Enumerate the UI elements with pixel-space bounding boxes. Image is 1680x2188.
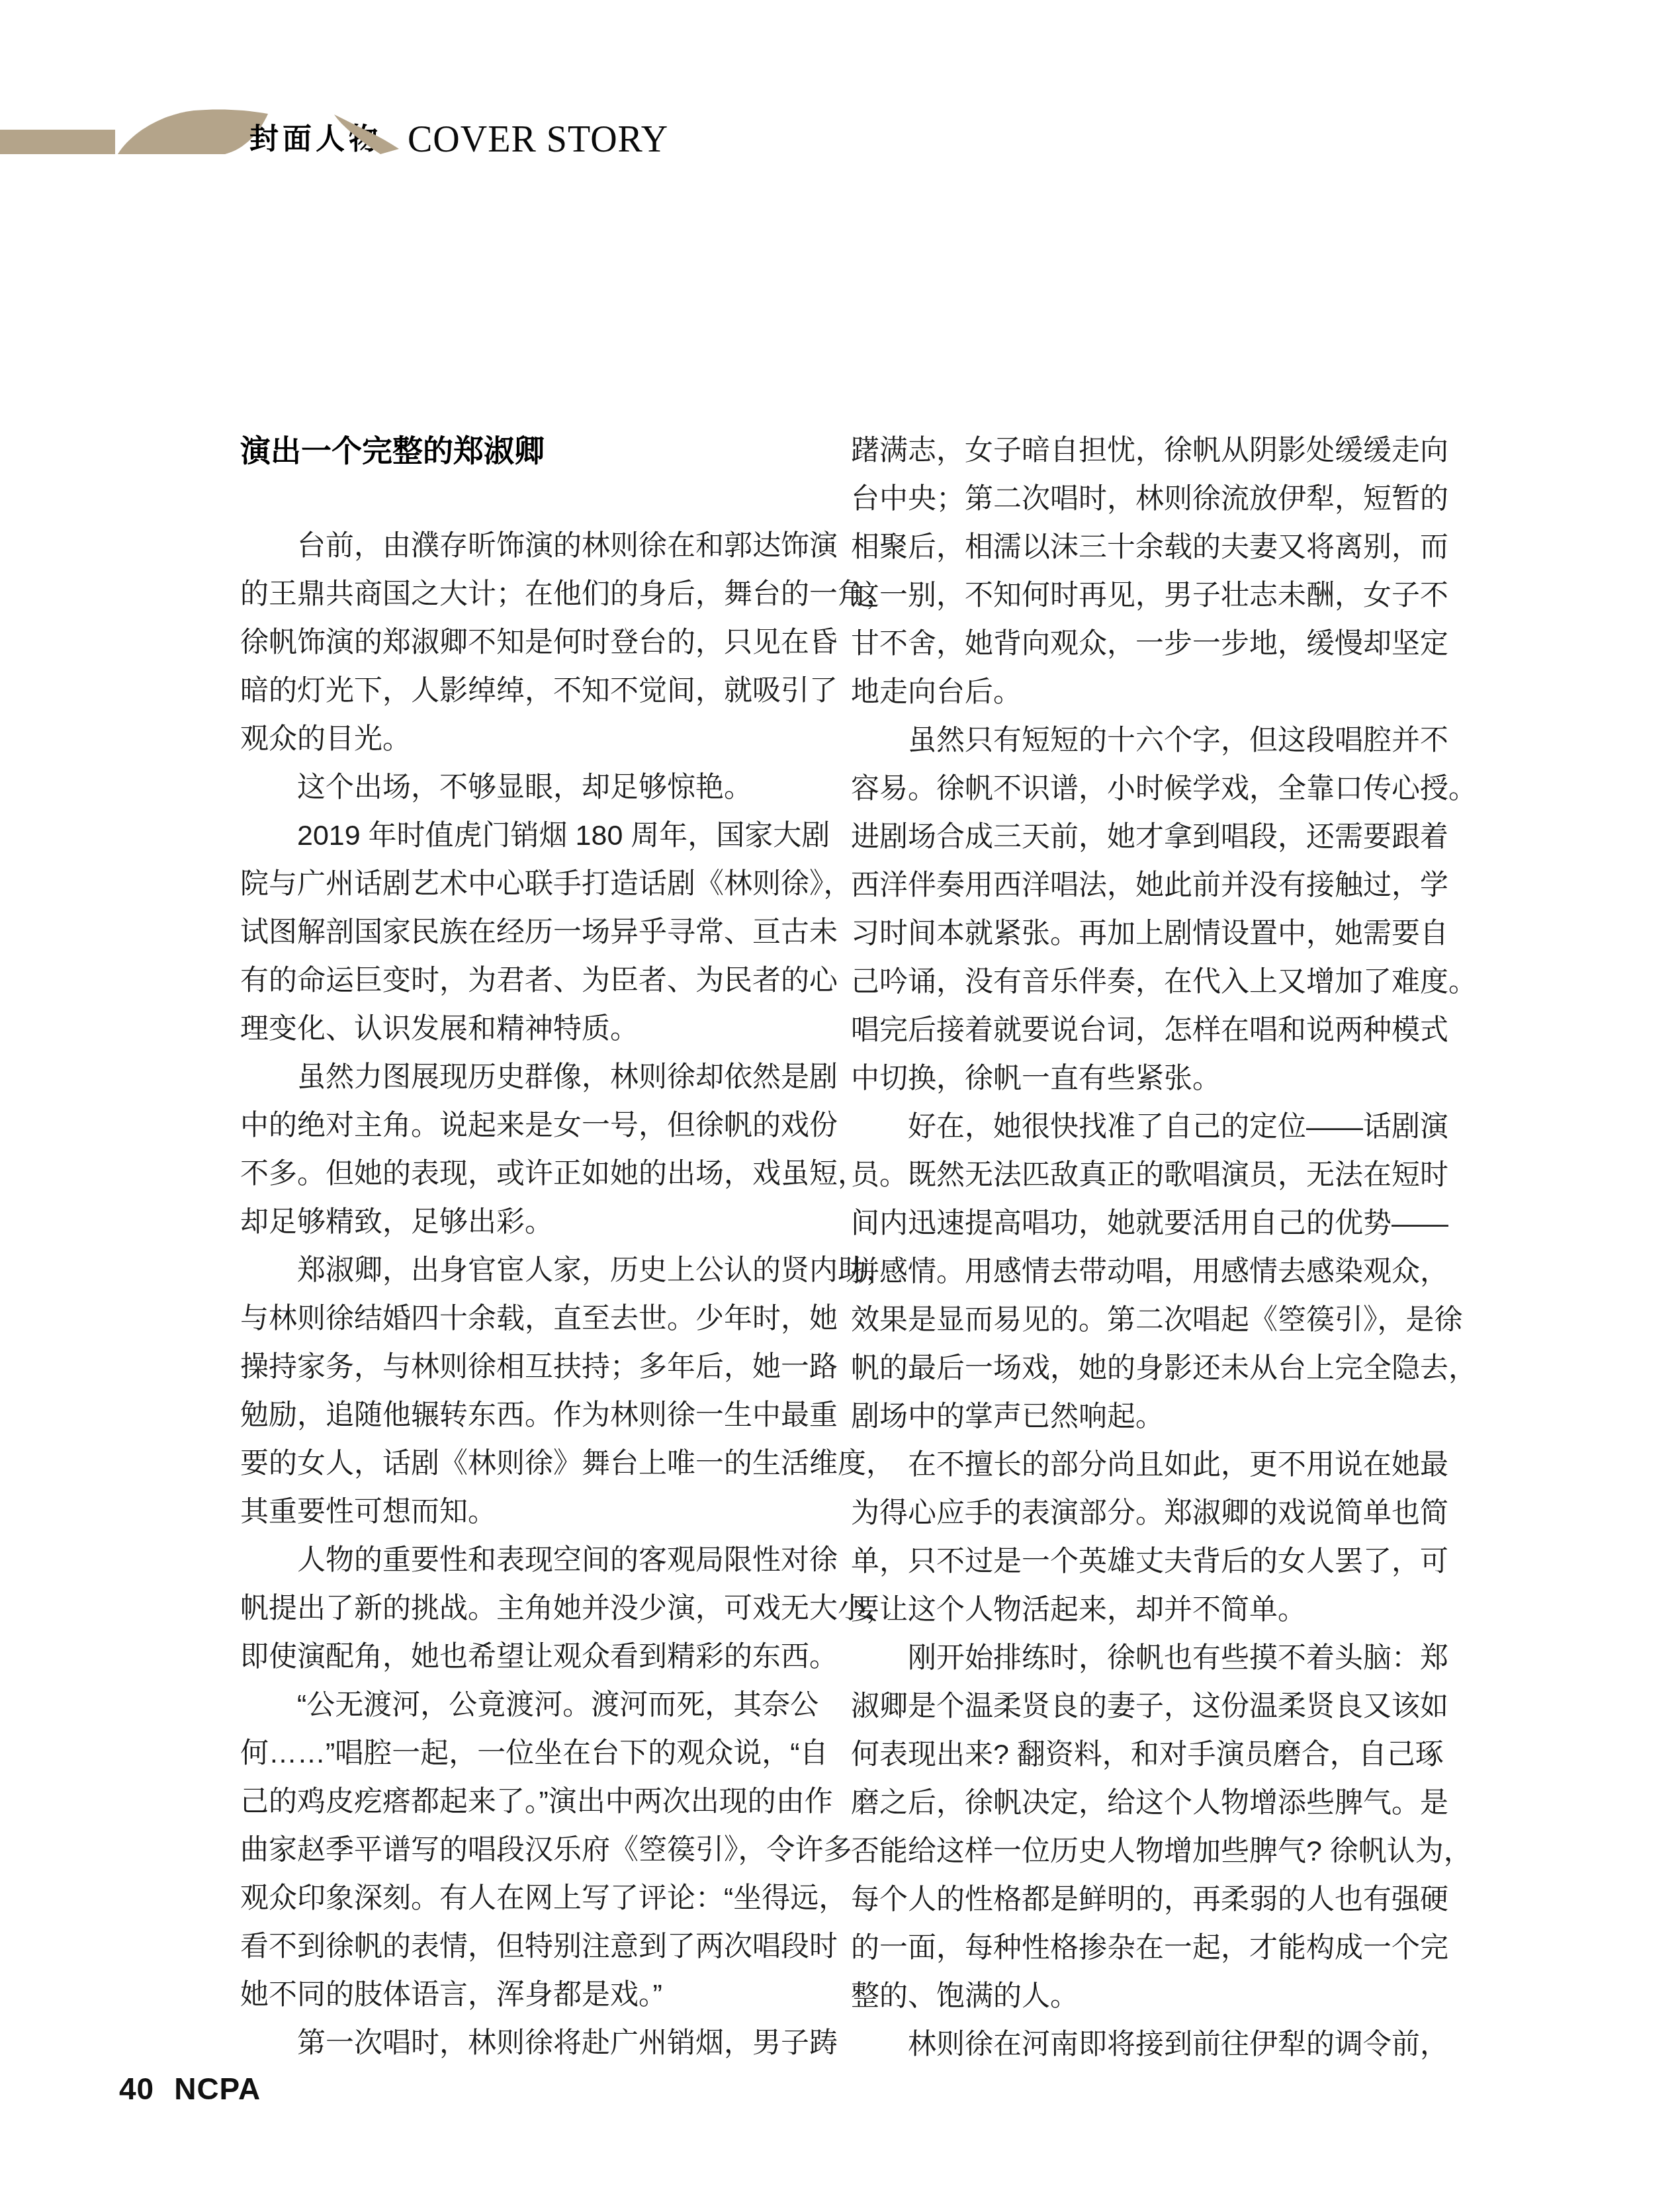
text-line: 整的、饱满的人。 [851,1972,1431,2021]
text-line: 其重要性可想而知。 [240,1488,801,1536]
text-line: 淑卿是个温柔贤良的妻子，这份温柔贤良又该如 [851,1683,1431,1731]
text-line: “公无渡河，公竟渡河。渡河而死，其奈公 [240,1681,801,1729]
article-title: 演出一个完整的郑淑卿 [240,427,801,475]
text-line: 理变化、认识发展和精神特质。 [240,1005,801,1053]
text-line: 何……”唱腔一起，一位坐在台下的观众说，“自 [240,1729,801,1778]
text-line: 林则徐在河南即将接到前往伊犁的调令前， [851,2021,1431,2069]
text-line: 台前，由濮存昕饰演的林则徐在和郭达饰演 [240,522,801,570]
text-line: 要让这个人物活起来，却并不简单。 [851,1586,1431,1634]
magazine-page: 封面人物 COVER STORY 演出一个完整的郑淑卿 台前，由濮存昕饰演的林则… [0,0,1680,2188]
text-line: 操持家务，与林则徐相互扶持；多年后，她一路 [240,1343,801,1391]
left-column: 演出一个完整的郑淑卿 台前，由濮存昕饰演的林则徐在和郭达饰演的王鼎共商国之大计；… [240,427,801,2068]
text-line: 即使演配角，她也希望让观众看到精彩的东西。 [240,1633,801,1681]
text-line: 己的鸡皮疙瘩都起来了。”演出中两次出现的由作 [240,1778,801,1826]
text-line: 西洋伴奏用西洋唱法，她此前并没有接触过，学 [851,861,1431,910]
header-wave-shape [118,109,268,154]
text-line: 唱完后接着就要说台词，怎样在唱和说两种模式 [851,1006,1431,1055]
text-line: 每个人的性格都是鲜明的，再柔弱的人也有强硬 [851,1876,1431,1924]
text-line: 相聚后，相濡以沫三十余载的夫妻又将离别，而 [851,523,1431,572]
text-line: 间内迅速提高唱功，她就要活用自己的优势—— [851,1200,1431,1248]
text-line: 暗的灯光下，人影绰绰，不知不觉间，就吸引了 [240,667,801,715]
text-line: 看不到徐帆的表情，但特别注意到了两次唱段时 [240,1923,801,1971]
text-line: 甘不舍，她背向观众，一步一步地，缓慢却坚定 [851,620,1431,668]
section-title-english: COVER STORY [408,123,668,156]
text-line: 2019 年时值虎门销烟 180 周年，国家大剧 [240,812,801,860]
text-line: 中的绝对主角。说起来是女一号，但徐帆的戏份 [240,1102,801,1150]
text-line: 试图解剖国家民族在经历一场异乎寻常、亘古未 [240,908,801,957]
text-line: 虽然只有短短的十六个字，但这段唱腔并不 [851,717,1431,765]
left-column-text: 台前，由濮存昕饰演的林则徐在和郭达饰演的王鼎共商国之大计；在他们的身后，舞台的一… [240,522,801,2068]
text-line: 第一次唱时，林则徐将赴广州销烟，男子踌 [240,2019,801,2068]
text-line: 虽然力图展现历史群像，林则徐却依然是剧 [240,1053,801,1102]
text-line: 员。既然无法匹敌真正的歌唱演员，无法在短时 [851,1151,1431,1200]
header-accent-bar [0,130,115,154]
text-line: 己吟诵，没有音乐伴奏，在代入上又增加了难度。 [851,958,1431,1006]
text-line: 要的女人，话剧《林则徐》舞台上唯一的生活维度， [240,1440,801,1488]
text-line: 郑淑卿，出身官宦人家，历史上公认的贤内助， [240,1247,801,1295]
text-line: 与林则徐结婚四十余载，直至去世。少年时，她 [240,1295,801,1343]
text-line: 她不同的肢体语言，浑身都是戏。” [240,1971,801,2019]
text-line: 人物的重要性和表现空间的客观局限性对徐 [240,1536,801,1585]
text-line: 为得心应手的表演部分。郑淑卿的戏说简单也简 [851,1489,1431,1538]
text-line: 好在，她很快找准了自己的定位——话剧演 [851,1103,1431,1151]
text-line: 磨之后，徐帆决定，给这个人物增添些脾气。是 [851,1779,1431,1827]
text-line: 却足够精致，足够出彩。 [240,1198,801,1247]
text-line: 剧场中的掌声已然响起。 [851,1393,1431,1441]
text-line: 中切换，徐帆一直有些紧张。 [851,1055,1431,1103]
page-number: 40 [119,2072,154,2106]
text-line: 这个出场，不够显眼，却足够惊艳。 [240,764,801,812]
header-swoosh-icon [334,114,400,154]
text-line: 观众印象深刻。有人在网上写了评论：“坐得远， [240,1874,801,1923]
text-line: 观众的目光。 [240,715,801,764]
page-footer: 40NCPA [119,2072,261,2105]
text-line: 地走向台后。 [851,668,1431,717]
text-line: 曲家赵季平谱写的唱段汉乐府《箜篌引》，令许多 [240,1826,801,1874]
text-line: 容易。徐帆不识谱，小时候学戏，全靠口传心授。 [851,765,1431,813]
text-line: 拼感情。用感情去带动唱，用感情去感染观众， [851,1248,1431,1296]
text-line: 的一面，每种性格掺杂在一起，才能构成一个完 [851,1924,1431,1972]
text-line: 否能给这样一位历史人物增加些脾气? 徐帆认为， [851,1827,1431,1876]
text-line: 效果是显而易见的。第二次唱起《箜篌引》，是徐 [851,1296,1431,1344]
text-line: 有的命运巨变时，为君者、为臣者、为民者的心 [240,957,801,1005]
text-line: 帆提出了新的挑战。主角她并没少演，可戏无大小， [240,1585,801,1633]
text-line: 进剧场合成三天前，她才拿到唱段，还需要跟着 [851,813,1431,861]
text-line: 不多。但她的表现，或许正如她的出场，戏虽短， [240,1150,801,1198]
right-column-text: 躇满志，女子暗自担忧，徐帆从阴影处缓缓走向台中央；第二次唱时，林则徐流放伊犁，短… [851,427,1431,2069]
text-line: 躇满志，女子暗自担忧，徐帆从阴影处缓缓走向 [851,427,1431,475]
header-swoosh-shape [334,114,399,154]
text-line: 在不擅长的部分尚且如此，更不用说在她最 [851,1441,1431,1489]
header-wave-icon [118,108,271,154]
text-line: 这一别，不知何时再见，男子壮志未酬，女子不 [851,572,1431,620]
text-line: 帆的最后一场戏，她的身影还未从台上完全隐去， [851,1344,1431,1393]
text-line: 台中央；第二次唱时，林则徐流放伊犁，短暂的 [851,475,1431,523]
text-line: 勉励，追随他辗转东西。作为林则徐一生中最重 [240,1391,801,1440]
text-line: 习时间本就紧张。再加上剧情设置中，她需要自 [851,910,1431,958]
text-line: 徐帆饰演的郑淑卿不知是何时登台的，只见在昏 [240,619,801,667]
journal-abbr: NCPA [174,2072,261,2106]
right-column: 躇满志，女子暗自担忧，徐帆从阴影处缓缓走向台中央；第二次唱时，林则徐流放伊犁，短… [851,427,1431,2069]
text-line: 单，只不过是一个英雄丈夫背后的女人罢了，可 [851,1538,1431,1586]
text-line: 院与广州话剧艺术中心联手打造话剧《林则徐》， [240,860,801,908]
text-line: 的王鼎共商国之大计；在他们的身后，舞台的一角， [240,570,801,619]
text-line: 何表现出来? 翻资料，和对手演员磨合，自己琢 [851,1731,1431,1779]
text-line: 刚开始排练时，徐帆也有些摸不着头脑：郑 [851,1634,1431,1683]
